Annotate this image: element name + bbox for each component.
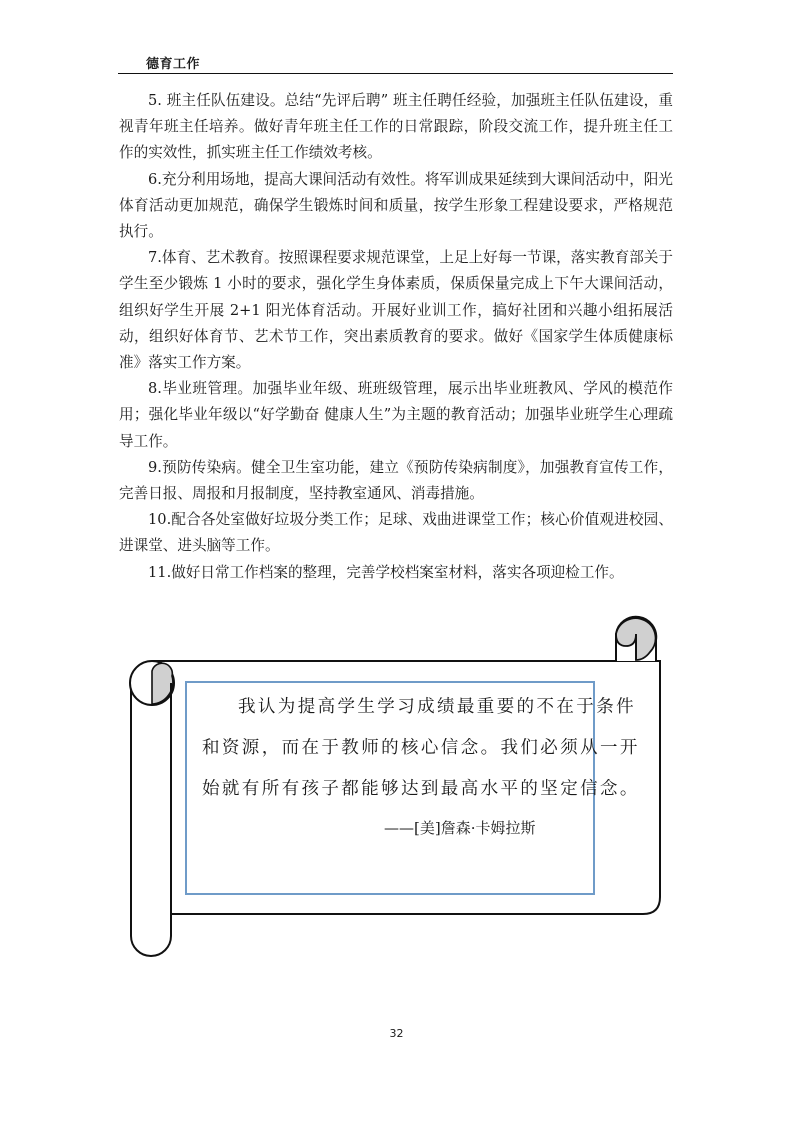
scroll-left-roll-icon [130,661,174,956]
page-number: 32 [0,1027,793,1040]
quote-line-2: 和资源，而在于教师的核心信念。我们必须从一开 [202,734,640,759]
scroll-banner-graphic [0,0,793,1122]
quote-line-3: 始就有所有孩子都能够达到最高水平的坚定信念。 [202,775,640,800]
scroll-top-curl-icon [616,617,656,661]
quote-author: ——[美]詹森·卡姆拉斯 [384,817,535,838]
quote-line-1: 我认为提高学生学习成绩最重要的不在于条件 [238,693,636,718]
